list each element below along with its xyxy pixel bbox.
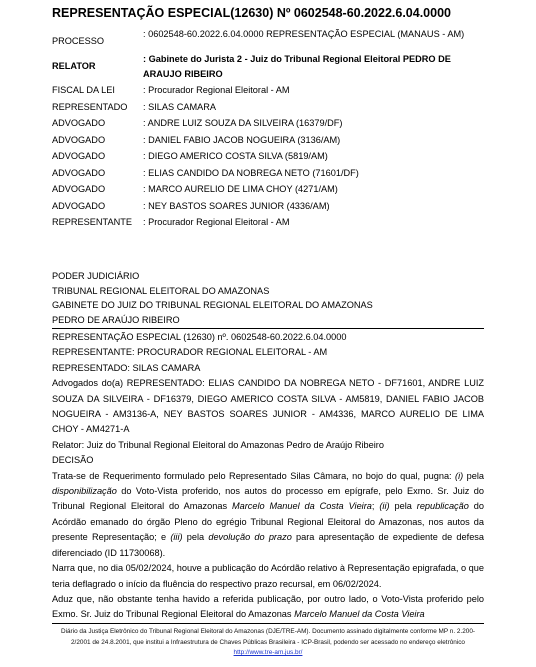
meta-label: ADVOGADO [52, 198, 143, 215]
meta-label: ADVOGADO [52, 132, 143, 149]
meta-value: : SILAS CAMARA [143, 99, 484, 116]
meta-label: ADVOGADO [52, 181, 143, 198]
case-line: REPRESENTAÇÃO ESPECIAL (12630) nº. 06025… [52, 330, 484, 345]
meta-row: ADVOGADO: DIEGO AMERICO COSTA SILVA (581… [52, 148, 484, 165]
meta-value: : Procurador Regional Eleitoral - AM [143, 214, 484, 231]
meta-row: ADVOGADO: ELIAS CANDIDO DA NOBREGA NETO … [52, 165, 484, 182]
court-header-line: TRIBUNAL REGIONAL ELEITORAL DO AMAZONAS [52, 284, 484, 299]
meta-label: REPRESENTADO [52, 99, 143, 116]
meta-label: ADVOGADO [52, 165, 143, 182]
meta-label: RELATOR [52, 52, 143, 82]
page-footer: Diário da Justiça Eletrônico do Tribunal… [52, 623, 484, 659]
relator-line: Relator: Juiz do Tribunal Regional Eleit… [52, 438, 484, 453]
representante-line: REPRESENTANTE: PROCURADOR REGIONAL ELEIT… [52, 345, 484, 360]
court-header-line: PEDRO DE ARAÚJO RIBEIRO [52, 313, 484, 328]
paragraph-1: Trata-se de Requerimento formulado pelo … [52, 469, 484, 561]
court-header-line: GABINETE DO JUIZ DO TRIBUNAL REGIONAL EL… [52, 298, 484, 313]
court-header: PODER JUDICIÁRIOTRIBUNAL REGIONAL ELEITO… [52, 269, 484, 327]
advogados-paragraph: Advogados do(a) REPRESENTADO: ELIAS CAND… [52, 376, 484, 438]
meta-label: PROCESSO [52, 27, 143, 49]
meta-label: ADVOGADO [52, 115, 143, 132]
footer-text: Diário da Justiça Eletrônico do Tribunal… [61, 628, 475, 646]
meta-value: : NEY BASTOS SOARES JUNIOR (4336/AM) [143, 198, 484, 215]
paragraph-2: Narra que, no dia 05/02/2024, houve a pu… [52, 561, 484, 592]
meta-value: : Procurador Regional Eleitoral - AM [143, 82, 484, 99]
meta-row: REPRESENTANTE: Procurador Regional Eleit… [52, 214, 484, 231]
meta-label: FISCAL DA LEI [52, 82, 143, 99]
representado-line: REPRESENTADO: SILAS CAMARA [52, 361, 484, 376]
meta-row: ADVOGADO: MARCO AURELIO DE LIMA CHOY (42… [52, 181, 484, 198]
decision-body: REPRESENTAÇÃO ESPECIAL (12630) nº. 06025… [52, 330, 484, 623]
meta-row: REPRESENTADO: SILAS CAMARA [52, 99, 484, 116]
case-metadata-table: PROCESSO : 0602548-60.2022.6.04.0000 REP… [52, 27, 484, 231]
meta-row-processo: PROCESSO : 0602548-60.2022.6.04.0000 REP… [52, 27, 484, 49]
meta-value: : DIEGO AMERICO COSTA SILVA (5819/AM) [143, 148, 484, 165]
meta-row: ADVOGADO: ANDRE LUIZ SOUZA DA SILVEIRA (… [52, 115, 484, 132]
header-divider [52, 328, 484, 329]
meta-value: : ELIAS CANDIDO DA NOBREGA NETO (71601/D… [143, 165, 484, 182]
meta-rows: FISCAL DA LEI: Procurador Regional Eleit… [52, 82, 484, 231]
paragraph-3: Aduz que, não obstante tenha havido a re… [52, 592, 484, 623]
meta-value: : Gabinete do Jurista 2 - Juiz do Tribun… [143, 52, 484, 82]
meta-row: ADVOGADO: NEY BASTOS SOARES JUNIOR (4336… [52, 198, 484, 215]
decisao-heading: DECISÃO [52, 453, 484, 468]
meta-label: REPRESENTANTE [52, 214, 143, 231]
meta-value: : MARCO AURELIO DE LIMA CHOY (4271/AM) [143, 181, 484, 198]
court-header-line: PODER JUDICIÁRIO [52, 269, 484, 284]
decision-block: PODER JUDICIÁRIOTRIBUNAL REGIONAL ELEITO… [52, 269, 484, 623]
meta-label: ADVOGADO [52, 148, 143, 165]
meta-row: ADVOGADO: DANIEL FABIO JACOB NOGUEIRA (3… [52, 132, 484, 149]
meta-row-relator: RELATOR : Gabinete do Jurista 2 - Juiz d… [52, 52, 484, 82]
meta-value: : DANIEL FABIO JACOB NOGUEIRA (3136/AM) [143, 132, 484, 149]
meta-row: FISCAL DA LEI: Procurador Regional Eleit… [52, 82, 484, 99]
footer-link[interactable]: http://www.tre-am.jus.br/ [234, 649, 303, 656]
meta-value: : ANDRE LUIZ SOUZA DA SILVEIRA (16379/DF… [143, 115, 484, 132]
document-title: REPRESENTAÇÃO ESPECIAL(12630) Nº 0602548… [52, 6, 451, 20]
meta-value: : 0602548-60.2022.6.04.0000 REPRESENTAÇÃ… [143, 27, 484, 49]
